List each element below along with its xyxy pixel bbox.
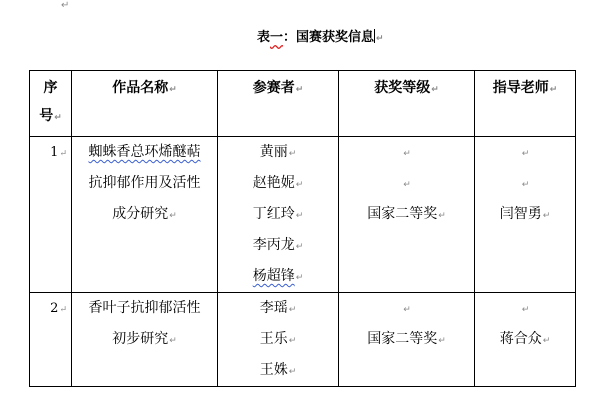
paragraph-mark: ↵	[522, 305, 530, 315]
participant-name: 杨超锋	[253, 268, 295, 284]
participant-name: 李丙龙	[253, 237, 295, 253]
advisor-cell: ↵ 蒋合众↵	[475, 293, 576, 387]
advisor-name: 闫智勇	[500, 206, 542, 222]
participant-name: 王乐	[260, 331, 288, 347]
paragraph-mark: ↵	[522, 149, 530, 159]
caption-prefix: 表	[257, 30, 270, 45]
header-participants: 参赛者↵	[218, 71, 339, 137]
paragraph-mark: ↵	[403, 305, 411, 315]
work-name-line: 初步研究	[112, 331, 168, 347]
award-level: 国家二等奖	[367, 331, 437, 347]
paragraph-mark: ↵	[376, 34, 384, 44]
table-caption: 表一：国赛获奖信息↵	[257, 26, 384, 45]
advisor-cell: ↵ ↵ 闫智勇↵	[475, 137, 576, 293]
header-advisor: 指导老师↵	[475, 71, 576, 137]
serial-cell: 2↵	[30, 293, 72, 387]
award-level-cell: ↵ ↵ 国家二等奖↵	[339, 137, 475, 293]
participant-name: 丁红玲	[253, 206, 295, 222]
header-participants-label: 参赛者	[253, 80, 295, 96]
caption-text: ：国赛获奖信息	[283, 30, 374, 45]
serial-number: 2	[50, 301, 58, 316]
header-advisor-label: 指导老师	[493, 80, 549, 96]
award-table: 序 号↵ 作品名称↵ 参赛者↵ 获奖等级↵ 指导老师↵ 1↵ 蜘蛛香总环烯醚萜 …	[29, 70, 576, 387]
header-serial-line1: 序	[44, 74, 58, 102]
table-row: 2↵ 香叶子抗抑郁活性 初步研究↵ 李瑶↵ 王乐↵ 王姝↵ ↵ 国家二等奖↵ ↵	[30, 293, 576, 387]
header-serial-line2: 号↵	[39, 102, 62, 130]
header-award-level-label: 获奖等级	[374, 80, 430, 96]
work-name-line: 成分研究	[112, 206, 168, 222]
header-work-name-label: 作品名称	[112, 80, 168, 96]
table-row: 1↵ 蜘蛛香总环烯醚萜 抗抑郁作用及活性 成分研究↵ 黄丽↵ 赵艳妮↵ 丁红玲↵…	[30, 137, 576, 293]
header-award-level: 获奖等级↵	[339, 71, 475, 137]
work-name-line: 蜘蛛香总环烯醚萜	[89, 137, 201, 168]
award-level: 国家二等奖	[367, 206, 437, 222]
paragraph-mark: ↵	[61, 0, 69, 11]
participant-name: 李瑶	[260, 300, 288, 316]
participant-name: 王姝	[260, 362, 288, 378]
advisor-name: 蒋合众	[500, 331, 542, 347]
participant-name: 黄丽	[260, 144, 288, 160]
header-serial: 序 号↵	[30, 71, 72, 137]
caption-underlined-word: 一	[270, 30, 283, 45]
participants-cell: 黄丽↵ 赵艳妮↵ 丁红玲↵ 李丙龙↵ 杨超锋↵	[218, 137, 339, 293]
serial-number: 1	[50, 145, 58, 160]
work-name-line: 抗抑郁作用及活性	[89, 168, 201, 199]
text-cursor	[374, 29, 375, 43]
work-name-cell: 蜘蛛香总环烯醚萜 抗抑郁作用及活性 成分研究↵	[72, 137, 218, 293]
paragraph-mark: ↵	[403, 180, 411, 190]
paragraph-mark: ↵	[522, 180, 530, 190]
participant-name: 赵艳妮	[253, 175, 295, 191]
header-work-name: 作品名称↵	[72, 71, 218, 137]
serial-cell: 1↵	[30, 137, 72, 293]
participants-cell: 李瑶↵ 王乐↵ 王姝↵	[218, 293, 339, 387]
header-row: 序 号↵ 作品名称↵ 参赛者↵ 获奖等级↵ 指导老师↵	[30, 71, 576, 137]
paragraph-mark: ↵	[403, 149, 411, 159]
award-level-cell: ↵ 国家二等奖↵	[339, 293, 475, 387]
work-name-cell: 香叶子抗抑郁活性 初步研究↵	[72, 293, 218, 387]
work-name-line: 香叶子抗抑郁活性	[89, 293, 201, 324]
